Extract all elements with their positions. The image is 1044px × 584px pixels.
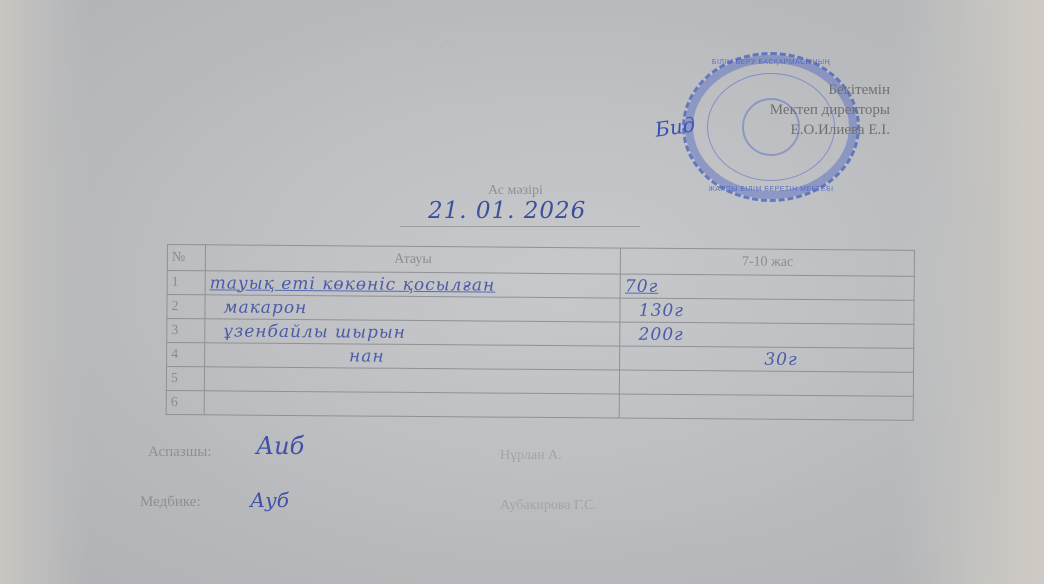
cook-label: Аспазшы: [148,444,212,461]
date-underline [400,226,640,227]
row-number: 2 [167,295,205,319]
header-name: Атауы [205,245,621,274]
nurse-signature: Ауб [250,488,289,512]
approval-block: Бекітемін Мектеп директоры Е.О.Илиева Е.… [700,80,890,140]
dish-quantity: 130г [625,300,684,320]
nurse-name: Аубакирова Г.С. [500,498,597,514]
dish-name: тауық еті көкөніс қосылған [210,273,496,295]
table-row: 6 [166,390,913,420]
nurse-label: Медбике: [140,494,201,511]
approval-line-position: Мектеп директоры [700,100,890,120]
dish-quantity: 30г [624,348,797,369]
dish-quantity: 70г [625,276,658,296]
document-title: Ас мәзірі [488,183,543,199]
row-number: 5 [166,367,204,391]
cook-signature: Аиб [256,432,304,460]
cook-signature-row: Аспазшы: Аиб Нұрлан А. [148,438,708,488]
cook-name: Нұрлан А. [500,448,562,464]
row-number: 1 [167,271,205,295]
header-number: № [167,245,205,271]
header-quantity: 7-10 жас [621,248,915,276]
menu-table: № Атауы 7-10 жас 1 тауық еті көкөніс қос… [166,244,915,421]
faint-header-text: · · · · [420,40,454,56]
dish-name: ұзенбайлы шырын [209,321,406,343]
handwritten-date: 21. 01. 2026 [428,198,586,224]
stamp-bottom-text: ЖАЛПЫ БІЛІМ БЕРЕТІН МЕКТЕБІ [685,186,857,193]
row-number: 3 [167,319,205,343]
row-number: 6 [166,390,204,414]
signatures-block: Аспазшы: Аиб Нұрлан А. Медбике: Ауб Ауба… [148,438,708,538]
dish-name: нан [209,345,385,366]
dish-quantity: 200г [625,324,684,344]
approval-line-approve: Бекітемін [700,80,890,100]
nurse-signature-row: Медбике: Ауб Аубакирова Г.С. [148,488,708,538]
dish-name: макарон [209,297,307,318]
approval-line-name: Е.О.Илиева Е.І. [700,120,890,140]
stamp-top-text: БІЛІМ БЕРУ БАСҚАРМАСЫНЫҢ [685,59,857,66]
row-number: 4 [167,343,205,367]
